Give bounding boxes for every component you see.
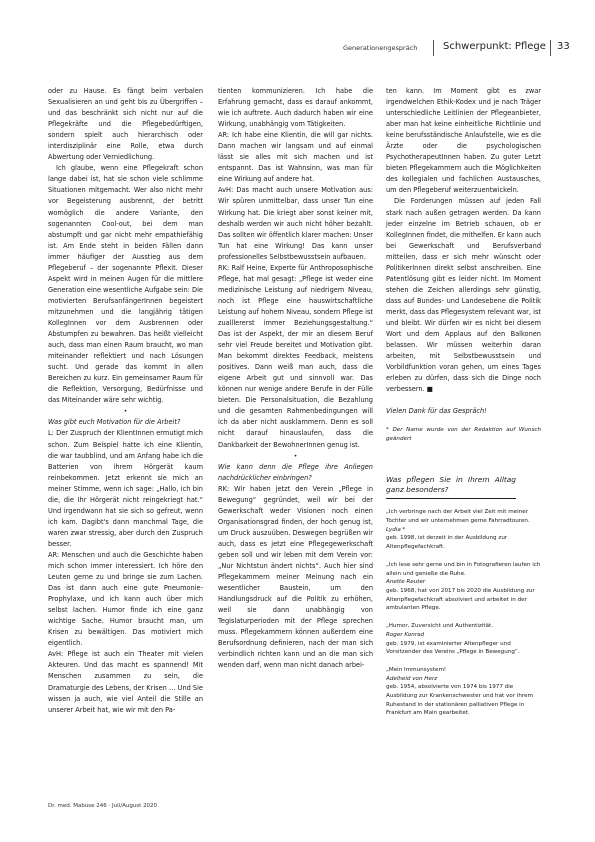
interview-question: Was gibt euch Motivation für die Arbeit?	[48, 417, 203, 428]
box-entry: „Humor, Zuversicht und Authentizität. Ro…	[386, 622, 541, 657]
box-entry: „Mein Immunsystem! Adelheid von Herz geb…	[386, 666, 541, 718]
paragraph: ten kann. Im Moment gibt es zwar irgendw…	[386, 86, 541, 196]
section-label: Generationengespräch	[343, 44, 417, 52]
section-separator: •	[48, 406, 203, 417]
paragraph: AR: Menschen und auch die Geschichte hab…	[48, 550, 203, 649]
paragraph: oder zu Hause. Es fängt beim verbalen Se…	[48, 86, 203, 163]
page-footer: Dr. med. Mabuse 246 · Juli/August 2020	[48, 803, 157, 809]
entry-quote: „Ich verbringe nach der Arbeit viel Zeit…	[386, 508, 541, 525]
paragraph: RK: Ralf Heine, Experte für Anthroposoph…	[218, 263, 373, 451]
text-column-1: oder zu Hause. Es fängt beim verbalen Se…	[48, 86, 203, 716]
box-entry: „Ich verbringe nach der Arbeit viel Zeit…	[386, 508, 541, 552]
entry-name: Anette Reuter	[386, 578, 541, 587]
entry-name: Adelheid von Herz	[386, 675, 541, 684]
footnote: * Der Name wurde von der Redaktion auf W…	[386, 426, 541, 443]
entry-quote: „Ich lese sehr gerne und bin in Fotograf…	[386, 561, 541, 578]
entry-bio: geb. 1998, ist derzeit in der Ausbildung…	[386, 534, 541, 551]
header-divider	[550, 40, 551, 56]
running-header: Generationengespräch Schwerpunkt: Pflege…	[0, 40, 595, 58]
paragraph: AvH: Das macht auch unsere Motivation au…	[218, 185, 373, 262]
entry-name: Lydia *	[386, 526, 541, 535]
paragraph: AvH: Pflege ist auch ein Theater mit vie…	[48, 649, 203, 715]
sidebar-box: „Ich verbringe nach der Arbeit viel Zeit…	[386, 508, 541, 718]
entry-quote: „Humor, Zuversicht und Authentizität.	[386, 622, 541, 631]
entry-bio: geb. 1979, ist examinierter Altenpfleger…	[386, 640, 541, 657]
closing-thanks: Vielen Dank für das Gespräch!	[386, 406, 541, 417]
sidebar-box-title: Was pflegen Sie in Ihrem Alltag ganz bes…	[386, 475, 516, 499]
entry-quote: „Mein Immunsystem!	[386, 666, 541, 675]
interview-question: Wie kann denn die Pflege ihre Anliegen n…	[218, 462, 373, 484]
paragraph: RK: Wir haben jetzt den Verein „Pflege i…	[218, 484, 373, 672]
paragraph: tienten kommunizieren. Ich habe die Erfa…	[218, 86, 373, 130]
entry-bio: geb. 1954, absolvierte von 1974 bis 1977…	[386, 683, 541, 718]
paragraph: L: Der Zuspruch der KlientInnen ermutigt…	[48, 428, 203, 550]
section-separator: •	[218, 451, 373, 462]
entry-bio: geb. 1968, hat von 2017 bis 2020 die Aus…	[386, 587, 541, 613]
entry-name: Roger Konrad	[386, 631, 541, 640]
header-divider	[433, 40, 434, 56]
box-entry: „Ich lese sehr gerne und bin in Fotograf…	[386, 561, 541, 613]
topic-label: Schwerpunkt: Pflege	[443, 41, 546, 52]
text-column-2: tienten kommunizieren. Ich habe die Erfa…	[218, 86, 373, 671]
text-column-3: ten kann. Im Moment gibt es zwar irgendw…	[386, 86, 541, 718]
paragraph: Ich glaube, wenn eine Pflegekraft schon …	[48, 163, 203, 406]
paragraph: Die Forderungen müssen auf jeden Fall st…	[386, 196, 541, 395]
page-number: 33	[557, 41, 570, 52]
paragraph: AR: Ich habe eine Klientin, die will gar…	[218, 130, 373, 185]
